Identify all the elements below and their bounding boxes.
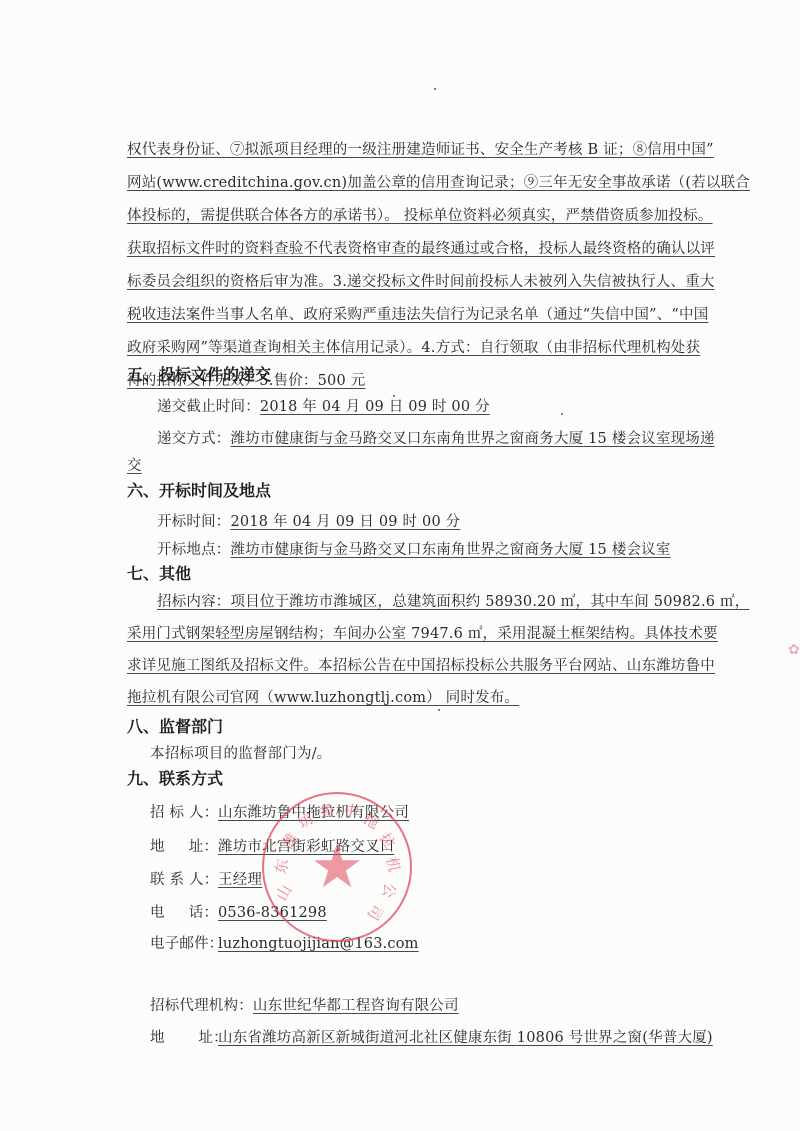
paragraph-line: 政府采购网”等渠道查询相关主体信用记录）。4.方式：自行领取（由非招标代理机构处… bbox=[127, 338, 700, 358]
contact-phone: 电 话：0536-8361298 bbox=[150, 903, 327, 923]
contact-email: 电子邮件：luzhongtuojijian@163.com bbox=[150, 934, 419, 954]
section-heading-7: 七、其他 bbox=[127, 563, 191, 585]
contact-email-value[interactable]: luzhongtuojijian@163.com bbox=[218, 936, 419, 952]
method-value-cont: 交 bbox=[127, 456, 142, 476]
paragraph-line: 网站(www.creditchina.gov.cn)加盖公章的信用查询记录；⑨三… bbox=[127, 173, 750, 193]
contact-tenderer: 招 标 人：山东潍坊鲁中拖拉机有限公司 bbox=[150, 803, 409, 823]
contact-value: 王经理 bbox=[218, 872, 262, 888]
paragraph-line: 税收违法案件当事人名单、政府采购严重违法失信行为记录名单（通过“失信中国”、“中… bbox=[127, 305, 708, 325]
scanned-document-page: 权代表身份证、⑦拟派项目经理的一级注册建造师证书、安全生产考核 B 证；⑧信用中… bbox=[0, 0, 800, 1131]
opening-time-value: 2018 年 04 月 09 日 09 时 00 分 bbox=[231, 514, 461, 530]
paragraph-line: 标委员会组织的资格后审为准。3.递交投标文件时间前投标人未被列入失信被执行人、重… bbox=[127, 272, 715, 292]
other-line: 求详见施工图纸及招标文件。本招标公告在中国招标投标公共服务平台网站、山东潍坊鲁中 bbox=[127, 656, 715, 676]
agency-label: 地 址： bbox=[150, 1028, 218, 1048]
other-line: 招标内容：项目位于潍坊市潍城区，总建筑面积约 58930.20 ㎡，其中车间 5… bbox=[157, 592, 749, 612]
paragraph-line: 体投标的，需提供联合体各方的承诺书）。 投标单位资料必须真实，严禁借资质参加投标… bbox=[127, 206, 713, 226]
other-line: 拖拉机有限公司官网（www.luzhongtlj.com） 同时发布。 bbox=[127, 688, 519, 708]
scan-speck bbox=[434, 88, 436, 90]
scan-speck bbox=[561, 413, 563, 415]
opening-place-label: 开标地点： bbox=[157, 540, 231, 560]
contact-person: 联 系 人：王经理 bbox=[150, 870, 262, 890]
paragraph-line: 获取招标文件时的资料查验不代表资格审查的最终通过或合格，投标人最终资格的确认以评 bbox=[127, 239, 715, 259]
deadline-value: 2018 年 04 月 09 日 09 时 00 分 bbox=[260, 399, 490, 415]
contact-value: 潍坊市北宫街彩虹路交叉口 bbox=[218, 839, 394, 855]
section-heading-9: 九、联系方式 bbox=[127, 768, 223, 790]
section-heading-5: 五、投标文件的递交 bbox=[127, 364, 271, 386]
method-label: 递交方式： bbox=[157, 429, 231, 449]
opening-time-label: 开标时间： bbox=[157, 512, 231, 532]
supervision-text: 本招标项目的监督部门为/。 bbox=[150, 744, 331, 764]
contact-label: 地 址： bbox=[150, 837, 218, 857]
other-line: 采用门式钢架轻型房屋钢结构；车间办公室 7947.6 ㎡，采用混凝土框架结构。具… bbox=[127, 624, 718, 644]
agency-name: 招标代理机构：山东世纪华都工程咨询有限公司 bbox=[150, 996, 459, 1016]
opening-time: 开标时间：2018 年 04 月 09 日 09 时 00 分 bbox=[157, 512, 460, 532]
agency-value: 山东世纪华都工程咨询有限公司 bbox=[253, 998, 459, 1014]
scan-speck bbox=[438, 709, 440, 711]
contact-address: 地 址：潍坊市北宫街彩虹路交叉口 bbox=[150, 837, 394, 857]
submission-deadline: 递交截止时间：2018 年 04 月 09 日 09 时 00 分 bbox=[157, 397, 490, 417]
contact-label: 招 标 人： bbox=[150, 803, 218, 823]
agency-label: 招标代理机构： bbox=[150, 996, 253, 1016]
deadline-label: 递交截止时间： bbox=[157, 397, 260, 417]
opening-place: 开标地点：潍坊市健康街与金马路交叉口东南角世界之窗商务大厦 15 楼会议室 bbox=[157, 540, 671, 560]
section-heading-8: 八、监督部门 bbox=[127, 716, 223, 738]
scan-speck bbox=[393, 395, 395, 397]
contact-label: 电子邮件： bbox=[150, 934, 218, 954]
section-heading-6: 六、开标时间及地点 bbox=[127, 480, 271, 502]
paragraph-line: 权代表身份证、⑦拟派项目经理的一级注册建造师证书、安全生产考核 B 证；⑧信用中… bbox=[127, 140, 714, 160]
agency-address: 地 址：山东省潍坊高新区新城街道河北社区健康东街 10806 号世界之窗(华普大… bbox=[150, 1028, 713, 1048]
contact-value: 0536-8361298 bbox=[218, 905, 327, 921]
agency-value: 山东省潍坊高新区新城街道河北社区健康东街 10806 号世界之窗(华普大厦) bbox=[218, 1030, 713, 1046]
opening-place-value: 潍坊市健康街与金马路交叉口东南角世界之窗商务大厦 15 楼会议室 bbox=[231, 542, 671, 558]
contact-label: 电 话： bbox=[150, 903, 218, 923]
edge-stamp-fragment: ✿ bbox=[788, 642, 800, 658]
method-value: 潍坊市健康街与金马路交叉口东南角世界之窗商务大厦 15 楼会议室现场递 bbox=[231, 431, 715, 447]
submission-method: 递交方式：潍坊市健康街与金马路交叉口东南角世界之窗商务大厦 15 楼会议室现场递 bbox=[157, 429, 715, 449]
contact-value: 山东潍坊鲁中拖拉机有限公司 bbox=[218, 805, 409, 821]
contact-label: 联 系 人： bbox=[150, 870, 218, 890]
